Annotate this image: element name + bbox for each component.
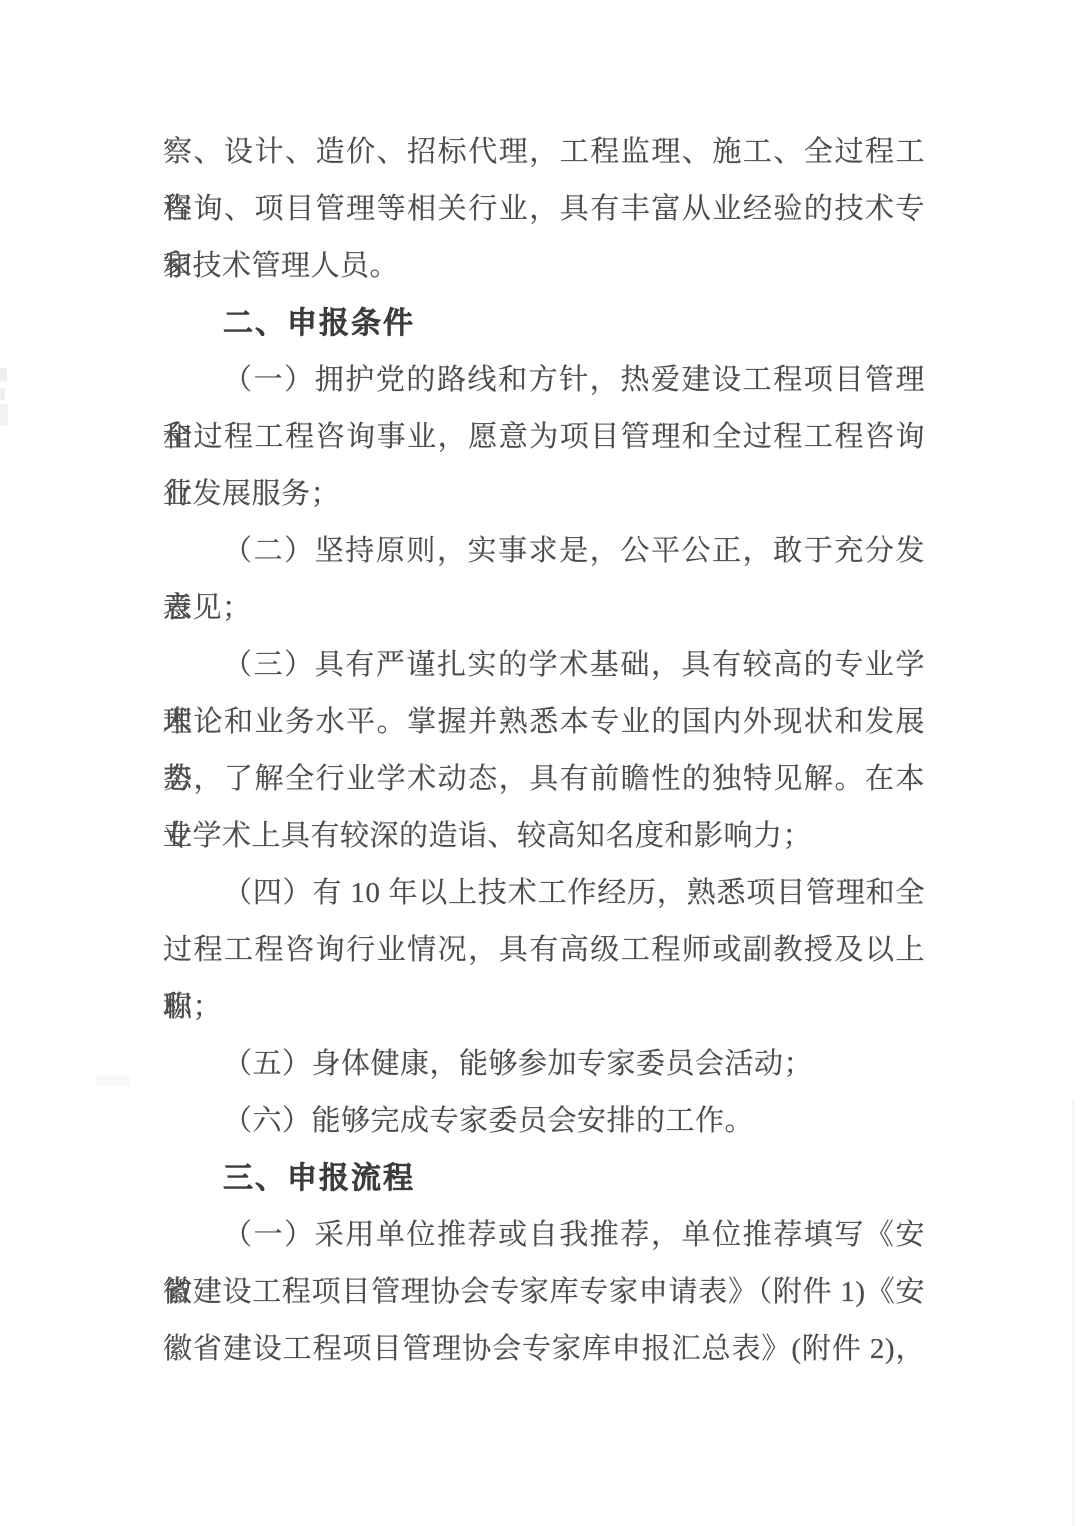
document-page: 察、设计、造价、招标代理，工程监理、施工、全过程工程 咨询、项目管理等相关行业，… <box>0 0 1080 1526</box>
text-line: 全过程工程咨询事业，愿意为项目管理和全过程工程咨询行 <box>163 409 925 466</box>
text-line: （二）坚持原则，实事求是，公平公正，敢于充分发表 <box>163 523 925 580</box>
text-line: 察、设计、造价、招标代理，工程监理、施工、全过程工程 <box>163 124 925 181</box>
text-line: 过程工程咨询行业情况，具有高级工程师或副教授及以上职 <box>163 922 925 979</box>
section-heading-3: 三、申报流程 <box>163 1150 925 1207</box>
text-line: 业学术上具有较深的造诣、较高知名度和影响力； <box>163 808 925 865</box>
text-line: 意见； <box>163 580 925 637</box>
scan-artifact <box>96 1076 130 1086</box>
text-line: 咨询、项目管理等相关行业，具有丰富从业经验的技术专家 <box>163 181 925 238</box>
text-line: （六）能够完成专家委员会安排的工作。 <box>163 1093 925 1150</box>
text-line: （五）身体健康，能够参加专家委员会活动； <box>163 1036 925 1093</box>
scan-artifact <box>0 368 7 382</box>
text-line: （四）有 10 年以上技术工作经历，熟悉项目管理和全 <box>163 865 925 922</box>
text-line: 业发展服务； <box>163 466 925 523</box>
text-line: 势，了解全行业学术动态，具有前瞻性的独特见解。在本专 <box>163 751 925 808</box>
text-line: 省建设工程项目管理协会专家库专家申请表》（附件 1)《安 <box>163 1264 925 1321</box>
text-line: （一）采用单位推荐或自我推荐，单位推荐填写《安徽 <box>163 1207 925 1264</box>
text-line: 和技术管理人员。 <box>163 238 925 295</box>
text-line: 徽省建设工程项目管理协会专家库申报汇总表》(附件 2)， <box>163 1321 925 1378</box>
text-line: 理论和业务水平。掌握并熟悉本专业的国内外现状和发展态 <box>163 694 925 751</box>
text-line: （三）具有严谨扎实的学术基础，具有较高的专业学术 <box>163 637 925 694</box>
text-line: 称； <box>163 979 925 1036</box>
scan-artifact-edge <box>1072 1100 1074 1526</box>
document-text-block: 察、设计、造价、招标代理，工程监理、施工、全过程工程 咨询、项目管理等相关行业，… <box>163 124 925 1378</box>
scan-artifact <box>0 404 8 426</box>
text-line: （一）拥护党的路线和方针，热爱建设工程项目管理和 <box>163 352 925 409</box>
scan-artifact <box>0 388 5 400</box>
section-heading-2: 二、申报条件 <box>163 295 925 352</box>
